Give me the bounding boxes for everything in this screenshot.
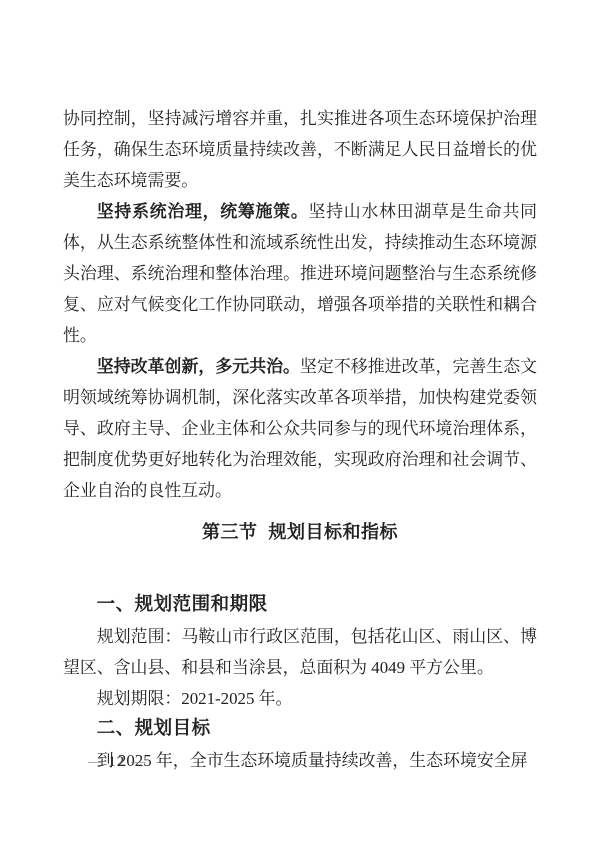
paragraph-lead-systematic-governance: 坚持系统治理，统筹施策。 [97, 202, 309, 221]
paragraph-reform-innovation: 坚持改革创新，多元共治。坚定不移推进改革，完善生态文明领域统筹协调机制，深化落实… [63, 351, 537, 506]
paragraph-text-reform-innovation: 坚定不移推进改革，完善生态文明领域统筹协调机制，深化落实改革各项举措，加快构建党… [63, 357, 537, 500]
paragraph-planning-scope: 规划范围：马鞍山市行政区范围，包括花山区、雨山区、博望区、含山县、和县和当涂县，… [63, 621, 537, 683]
paragraph-text-systematic-governance: 坚持山水林田湖草是生命共同体，从生态系统整体性和流域系统性出发，持续推动生态环境… [63, 202, 537, 345]
document-page: 协同控制，坚持减污增容并重，扎实推进各项生态环境保护治理任务，确保生态环境质量持… [0, 0, 600, 848]
page-body: 协同控制，坚持减污增容并重，扎实推进各项生态环境保护治理任务，确保生态环境质量持… [63, 103, 537, 776]
section-heading-goals-and-indicators: 第三节 规划目标和指标 [63, 517, 537, 548]
page-number-dash-left: — [88, 753, 103, 771]
paragraph-planning-period: 规划期限：2021-2025 年。 [63, 683, 537, 714]
subheading-scope-and-period: 一、规划范围和期限 [63, 590, 537, 621]
paragraph-lead-reform-innovation: 坚持改革创新，多元共治。 [97, 357, 300, 376]
page-footer: — 12 — [88, 753, 146, 771]
subheading-planning-goals: 二、规划目标 [63, 714, 537, 745]
paragraph-systematic-governance: 坚持系统治理，统筹施策。坚持山水林田湖草是生命共同体，从生态系统整体性和流域系统… [63, 196, 537, 351]
page-number: 12 [109, 753, 126, 771]
page-number-dash-right: — [131, 753, 146, 771]
paragraph-coordinated-control: 协同控制，坚持减污增容并重，扎实推进各项生态环境保护治理任务，确保生态环境质量持… [63, 103, 537, 196]
